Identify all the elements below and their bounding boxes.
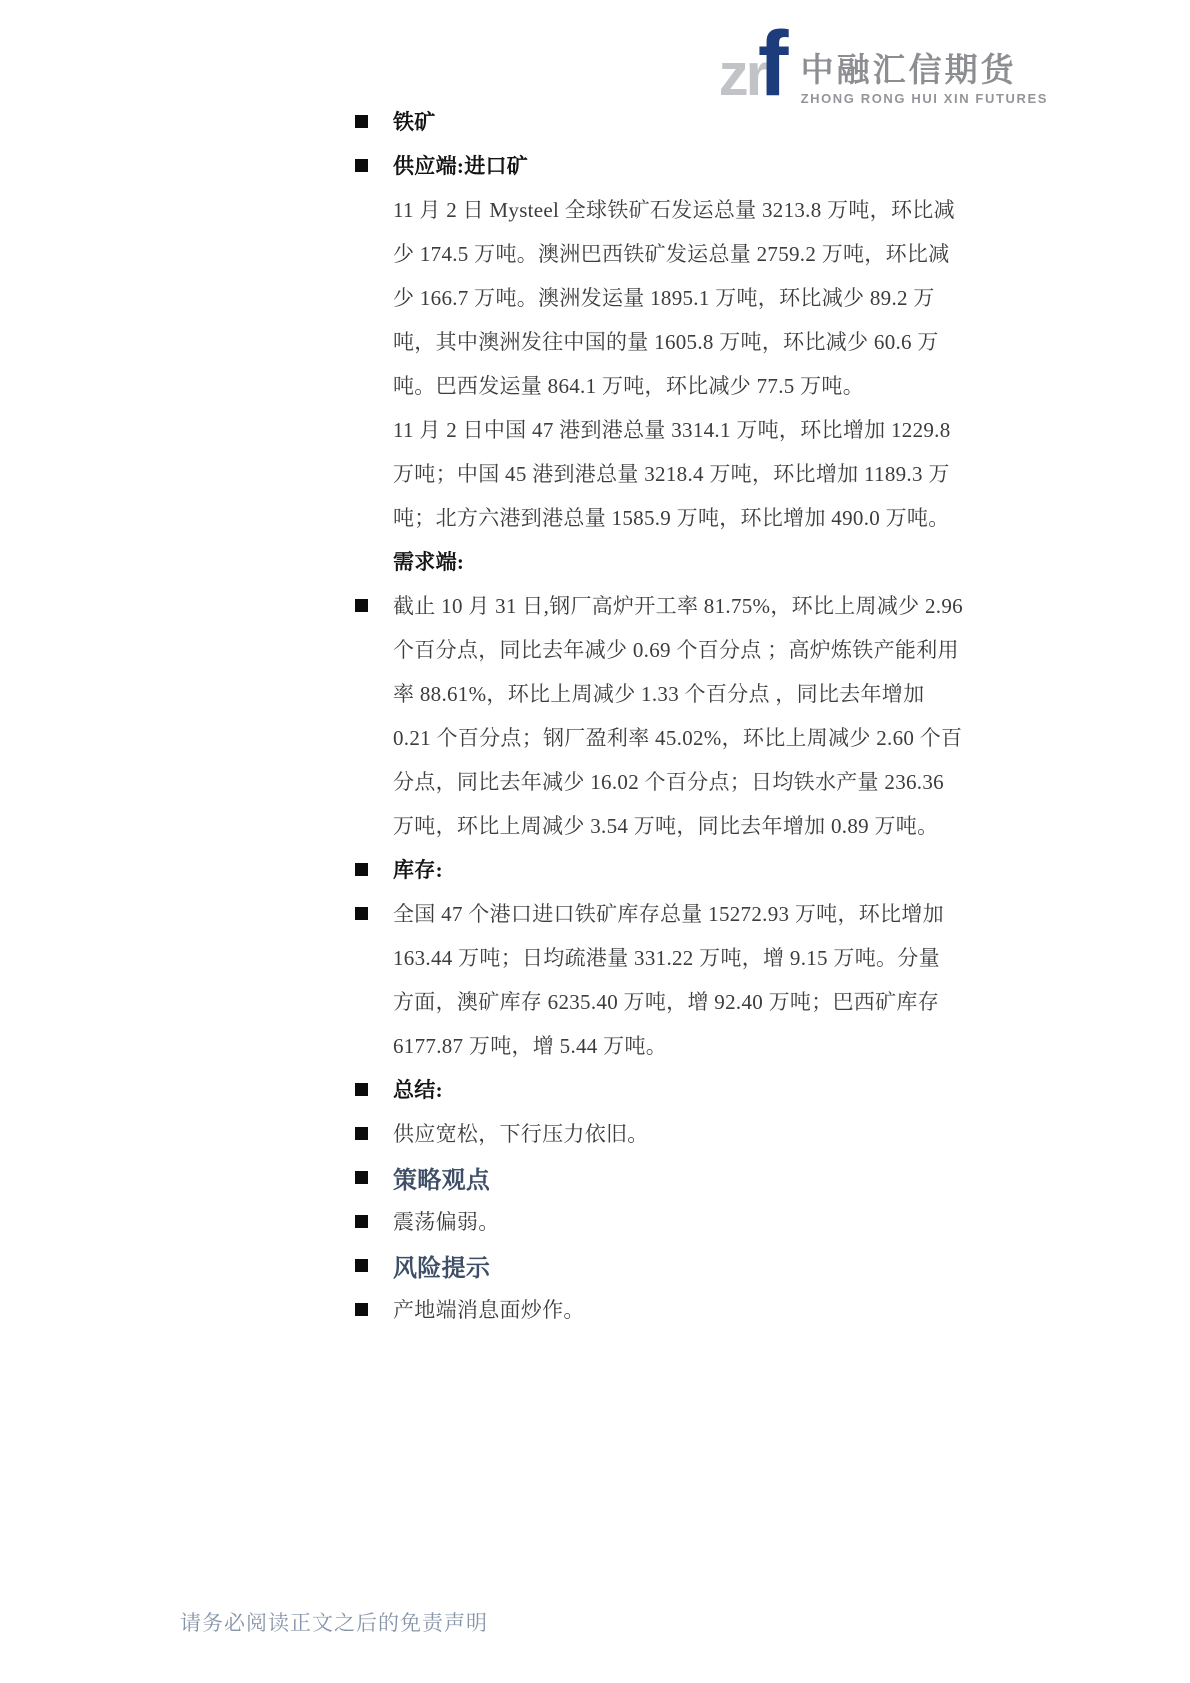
bullet-square-icon xyxy=(355,159,368,172)
demand-paragraph-line: 万吨，环比上周减少 3.54 万吨，同比去年增加 0.89 万吨。 xyxy=(355,803,955,847)
bullet-spacer xyxy=(355,555,368,568)
text-line: 万吨；中国 45 港到港总量 3218.4 万吨，环比增加 1189.3 万 xyxy=(393,458,950,488)
demand-paragraph-line: 率 88.61%，环比上周减少 1.33 个百分点 ，同比去年增加 xyxy=(355,671,955,715)
bullet-spacer xyxy=(355,423,368,436)
text-line: 铁矿 xyxy=(393,106,436,136)
supply-shipment-paragraph-line: 吨。巴西发运量 864.1 万吨，环比减少 77.5 万吨。 xyxy=(355,363,955,407)
bullet-square-icon xyxy=(355,1259,368,1272)
text-line: 少 166.7 万吨。澳洲发运量 1895.1 万吨，环比减少 89.2 万 xyxy=(393,282,935,312)
bullet-spacer xyxy=(355,775,368,788)
bullet-square-icon xyxy=(355,1215,368,1228)
supply-heading: 供应端:进口矿 xyxy=(355,143,955,187)
text-line: 11 月 2 日 Mysteel 全球铁矿石发运总量 3213.8 万吨，环比减 xyxy=(393,194,955,224)
text-line: 个百分点，同比去年减少 0.69 个百分点 ；高炉炼铁产能利用 xyxy=(393,634,959,664)
text-line: 风险提示 xyxy=(393,1248,490,1283)
risk-alert-paragraph: 产地端消息面炒作。 xyxy=(355,1287,955,1331)
bullet-spacer xyxy=(355,511,368,524)
bullet-square-icon xyxy=(355,115,368,128)
text-line: 产地端消息面炒作。 xyxy=(393,1294,585,1324)
bullet-spacer xyxy=(355,335,368,348)
bullet-square-icon xyxy=(355,1083,368,1096)
supply-arrival-paragraph-line: 万吨；中国 45 港到港总量 3218.4 万吨，环比增加 1189.3 万 xyxy=(355,451,955,495)
company-name-chinese: 中融汇信期货 xyxy=(801,52,1048,88)
iron-ore-heading: 铁矿 xyxy=(355,99,955,143)
supply-shipment-paragraph-line: 少 174.5 万吨。澳洲巴西铁矿发运总量 2759.2 万吨，环比减 xyxy=(355,231,955,275)
text-line: 需求端: xyxy=(393,546,464,576)
bullet-spacer xyxy=(355,247,368,260)
bullet-spacer xyxy=(355,731,368,744)
bullet-square-icon xyxy=(355,1171,368,1184)
text-line: 吨；北方六港到港总量 1585.9 万吨，环比增加 490.0 万吨。 xyxy=(393,502,950,532)
text-line: 震荡偏弱。 xyxy=(393,1206,500,1236)
supply-shipment-paragraph-line: 吨，其中澳洲发往中国的量 1605.8 万吨，环比减少 60.6 万 xyxy=(355,319,955,363)
text-line: 库存: xyxy=(393,854,443,884)
text-line: 率 88.61%，环比上周减少 1.33 个百分点 ，同比去年增加 xyxy=(393,678,924,708)
bullet-spacer xyxy=(355,203,368,216)
bullet-square-icon xyxy=(355,599,368,612)
bullet-spacer xyxy=(355,291,368,304)
text-line: 供应宽松，下行压力依旧。 xyxy=(393,1118,649,1148)
text-line: 6177.87 万吨，增 5.44 万吨。 xyxy=(393,1030,667,1060)
bullet-spacer xyxy=(355,995,368,1008)
demand-paragraph-line: 个百分点，同比去年减少 0.69 个百分点 ；高炉炼铁产能利用 xyxy=(355,627,955,671)
demand-paragraph-line: 分点，同比去年减少 16.02 个百分点；日均铁水产量 236.36 xyxy=(355,759,955,803)
text-line: 截止 10 月 31 日,钢厂高炉开工率 81.75%，环比上周减少 2.96 xyxy=(393,590,963,620)
bullet-spacer xyxy=(355,951,368,964)
supply-shipment-paragraph-line: 少 166.7 万吨。澳洲发运量 1895.1 万吨，环比减少 89.2 万 xyxy=(355,275,955,319)
bullet-square-icon xyxy=(355,907,368,920)
inventory-paragraph: 全国 47 个港口进口铁矿库存总量 15272.93 万吨，环比增加 xyxy=(355,891,955,935)
risk-alert-heading: 风险提示 xyxy=(355,1243,955,1287)
inventory-heading: 库存: xyxy=(355,847,955,891)
text-line: 供应端:进口矿 xyxy=(393,150,528,180)
inventory-paragraph-line: 方面，澳矿库存 6235.40 万吨，增 92.40 万吨；巴西矿库存 xyxy=(355,979,955,1023)
text-line: 吨。巴西发运量 864.1 万吨，环比减少 77.5 万吨。 xyxy=(393,370,864,400)
text-line: 总结: xyxy=(393,1074,443,1104)
bullet-square-icon xyxy=(355,863,368,876)
text-line: 163.44 万吨；日均疏港量 331.22 万吨，增 9.15 万吨。分量 xyxy=(393,942,940,972)
inventory-paragraph-line: 163.44 万吨；日均疏港量 331.22 万吨，增 9.15 万吨。分量 xyxy=(355,935,955,979)
company-logo: zrf 中融汇信期货 ZHONG RONG HUI XIN FUTURES xyxy=(719,18,1048,110)
supply-shipment-paragraph: 11 月 2 日 Mysteel 全球铁矿石发运总量 3213.8 万吨，环比减 xyxy=(355,187,955,231)
bullet-spacer xyxy=(355,643,368,656)
bullet-spacer xyxy=(355,1039,368,1052)
text-line: 少 174.5 万吨。澳洲巴西铁矿发运总量 2759.2 万吨，环比减 xyxy=(393,238,950,268)
bullet-spacer xyxy=(355,467,368,480)
text-line: 方面，澳矿库存 6235.40 万吨，增 92.40 万吨；巴西矿库存 xyxy=(393,986,939,1016)
strategy-view-heading: 策略观点 xyxy=(355,1155,955,1199)
text-line: 策略观点 xyxy=(393,1160,490,1195)
report-body: 铁矿供应端:进口矿11 月 2 日 Mysteel 全球铁矿石发运总量 3213… xyxy=(355,99,955,1331)
supply-arrival-paragraph: 11 月 2 日中国 47 港到港总量 3314.1 万吨，环比增加 1229.… xyxy=(355,407,955,451)
summary-paragraph: 供应宽松，下行压力依旧。 xyxy=(355,1111,955,1155)
bullet-spacer xyxy=(355,819,368,832)
bullet-square-icon xyxy=(355,1127,368,1140)
strategy-view-paragraph: 震荡偏弱。 xyxy=(355,1199,955,1243)
text-line: 分点，同比去年减少 16.02 个百分点；日均铁水产量 236.36 xyxy=(393,766,944,796)
bullet-spacer xyxy=(355,687,368,700)
text-line: 0.21 个百分点；钢厂盈利率 45.02%，环比上周减少 2.60 个百 xyxy=(393,722,962,752)
bullet-spacer xyxy=(355,379,368,392)
zrf-logo-mark: zrf xyxy=(719,18,789,110)
demand-paragraph: 截止 10 月 31 日,钢厂高炉开工率 81.75%，环比上周减少 2.96 xyxy=(355,583,955,627)
text-line: 11 月 2 日中国 47 港到港总量 3314.1 万吨，环比增加 1229.… xyxy=(393,414,951,444)
inventory-paragraph-line: 6177.87 万吨，增 5.44 万吨。 xyxy=(355,1023,955,1067)
demand-paragraph-line: 0.21 个百分点；钢厂盈利率 45.02%，环比上周减少 2.60 个百 xyxy=(355,715,955,759)
text-line: 全国 47 个港口进口铁矿库存总量 15272.93 万吨，环比增加 xyxy=(393,898,944,928)
footer-disclaimer: 请务必阅读正文之后的免责声明 xyxy=(180,1607,488,1637)
summary-heading: 总结: xyxy=(355,1067,955,1111)
bullet-square-icon xyxy=(355,1303,368,1316)
text-line: 万吨，环比上周减少 3.54 万吨，同比去年增加 0.89 万吨。 xyxy=(393,810,938,840)
supply-arrival-paragraph-line: 吨；北方六港到港总量 1585.9 万吨，环比增加 490.0 万吨。 xyxy=(355,495,955,539)
demand-subheading: 需求端: xyxy=(355,539,955,583)
text-line: 吨，其中澳洲发往中国的量 1605.8 万吨，环比减少 60.6 万 xyxy=(393,326,939,356)
